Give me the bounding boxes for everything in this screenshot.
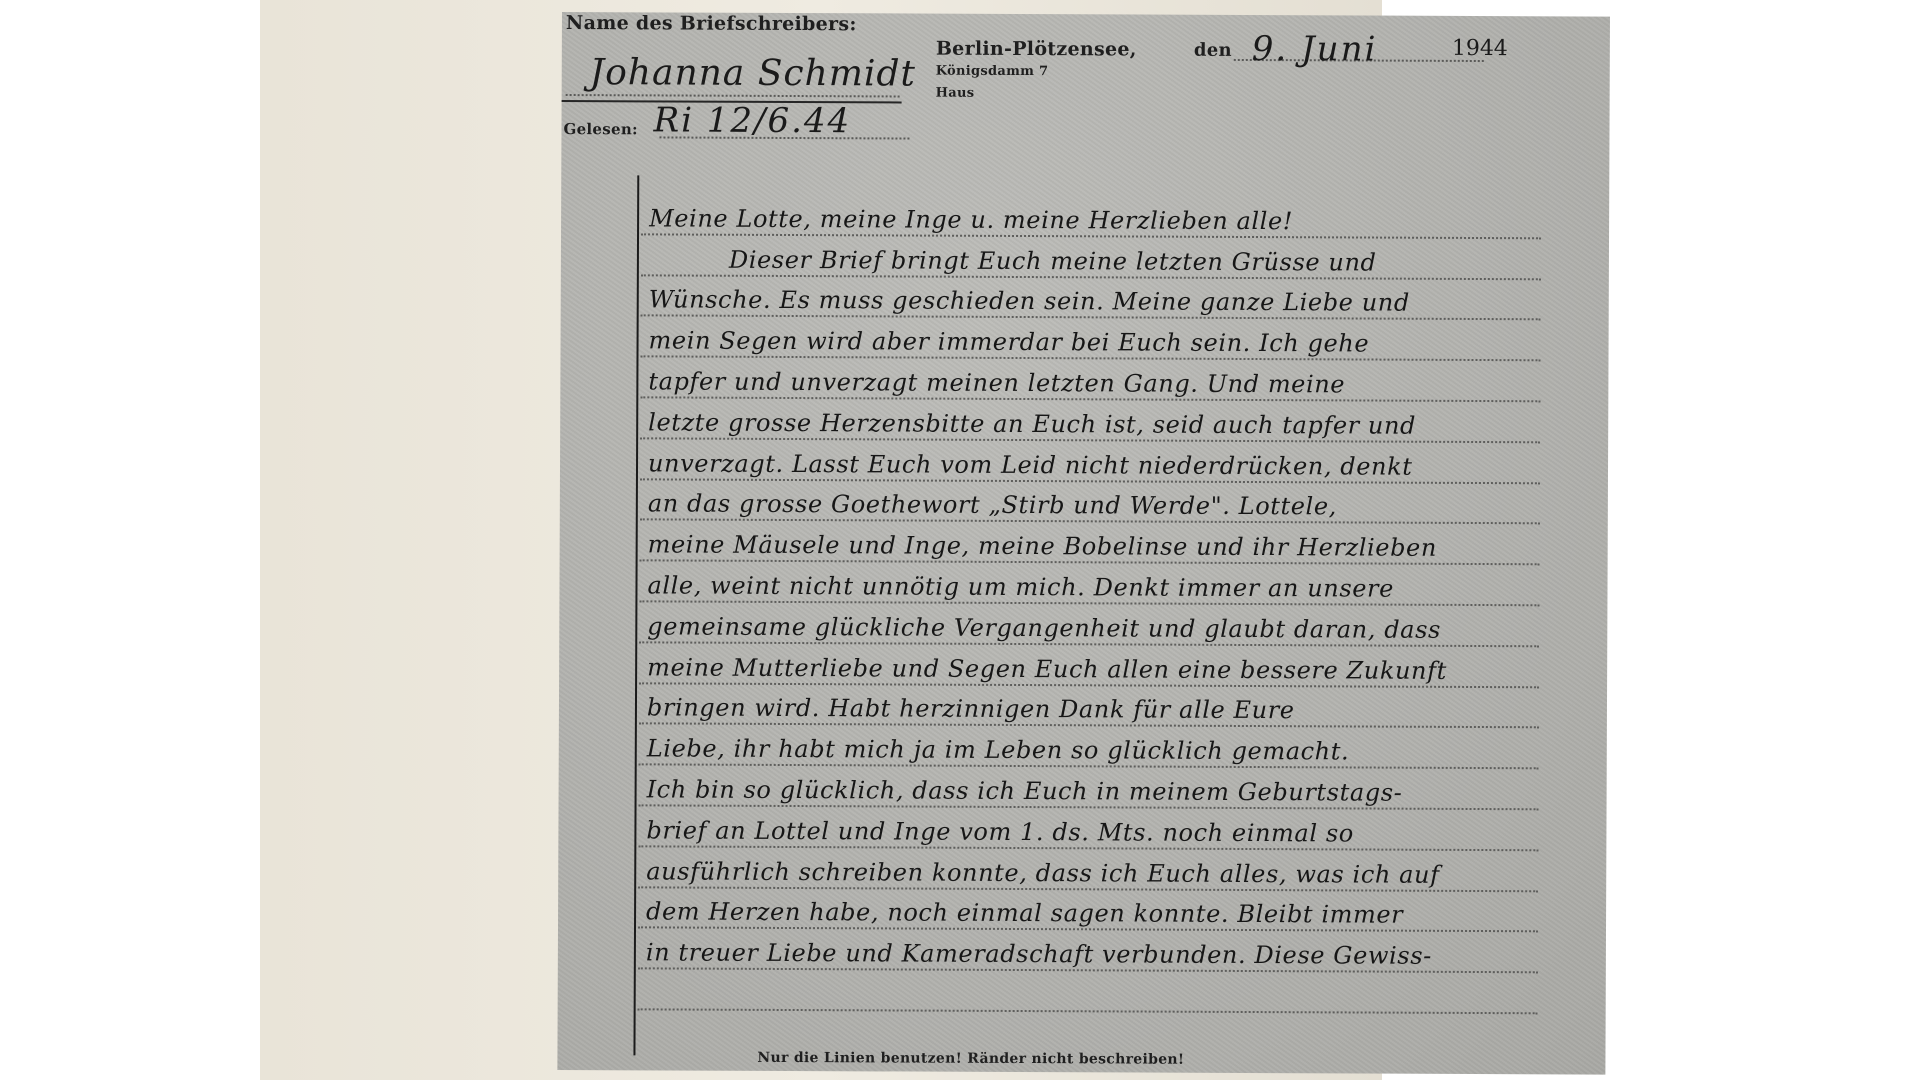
- read-by-label: Gelesen:: [563, 120, 638, 138]
- letter-line: Dieser Brief bringt Euch meine letzten G…: [641, 235, 1541, 280]
- house-label: Haus: [936, 86, 975, 101]
- place-label: Berlin-Plötzensee,: [936, 38, 1137, 61]
- letter-line-text: Wünsche. Es muss geschieden sein. Meine …: [649, 286, 1410, 317]
- letter-line-text: letzte grosse Herzensbitte an Euch ist, …: [648, 408, 1416, 439]
- letter-line-text: Ich bin so glücklich, dass ich Euch in m…: [647, 775, 1403, 806]
- letter-line: dem Herzen habe, noch einmal sagen konnt…: [638, 888, 1538, 933]
- letter-line-text: ausführlich schreiben konnte, dass ich E…: [646, 857, 1440, 888]
- letter-line-text: meine Mutterliebe und Segen Euch allen e…: [647, 653, 1447, 684]
- censor-read-mark: Ri 12/6.44: [653, 100, 851, 141]
- letter-line: unverzagt. Lasst Euch vom Leid nicht nie…: [640, 439, 1540, 484]
- address-label: Königsdamm 7: [936, 64, 1049, 79]
- letter-line: mein Segen wird aber immerdar bei Euch s…: [640, 317, 1540, 362]
- letter-line: Ich bin so glücklich, dass ich Euch in m…: [639, 765, 1539, 810]
- letter-line: meine Mäusele und Inge, meine Bobelinse …: [640, 521, 1540, 566]
- book-page-photo: Name des Briefschreibers: Johanna Schmid…: [260, 0, 1382, 1080]
- letter-writer-name: Johanna Schmidt: [590, 52, 916, 94]
- letter-line: in treuer Liebe und Kameradschaft verbun…: [638, 929, 1538, 974]
- prison-letter-form: Name des Briefschreibers: Johanna Schmid…: [557, 12, 1610, 1075]
- letter-line-text: alle, weint nicht unnötig um mich. Denkt…: [647, 571, 1394, 602]
- letter-line-text: bringen wird. Habt herzinnigen Dank für …: [647, 694, 1295, 725]
- letter-line-text: tapfer und unverzagt meinen letzten Gang…: [648, 367, 1345, 398]
- letter-body: Meine Lotte, meine Inge u. meine Herzlie…: [638, 194, 1542, 1014]
- letter-date: 9. Juni: [1252, 29, 1378, 70]
- letter-line-text: Liebe, ihr habt mich ja im Leben so glüc…: [647, 735, 1350, 766]
- name-dotted-rule: [566, 94, 900, 97]
- letter-line-text: brief an Lottel und Inge vom 1. ds. Mts.…: [646, 816, 1354, 847]
- letter-line: Meine Lotte, meine Inge u. meine Herzlie…: [641, 194, 1541, 239]
- letter-line-text: gemeinsame glückliche Vergangenheit und …: [647, 612, 1441, 643]
- letter-line: ausführlich schreiben konnte, dass ich E…: [638, 847, 1538, 892]
- letter-line: an das grosse Goethewort „Stirb und Werd…: [640, 480, 1540, 525]
- letter-line: alle, weint nicht unnötig um mich. Denkt…: [639, 562, 1539, 607]
- letter-line: meine Mutterliebe und Segen Euch allen e…: [639, 643, 1539, 688]
- letter-line-text: in treuer Liebe und Kameradschaft verbun…: [646, 939, 1432, 970]
- letter-line-text: mein Segen wird aber immerdar bei Euch s…: [649, 327, 1370, 358]
- letter-line-text: unverzagt. Lasst Euch vom Leid nicht nie…: [648, 449, 1413, 480]
- letter-line: brief an Lottel und Inge vom 1. ds. Mts.…: [638, 806, 1538, 851]
- letter-line-text: Meine Lotte, meine Inge u. meine Herzlie…: [649, 204, 1293, 235]
- date-prefix-label: den: [1194, 40, 1232, 61]
- letter-line: gemeinsame glückliche Vergangenheit und …: [639, 602, 1539, 647]
- letter-line-text: dem Herzen habe, noch einmal sagen konnt…: [646, 898, 1403, 929]
- letter-year: 1944: [1452, 36, 1508, 61]
- letter-writer-name-label: Name des Briefschreibers:: [566, 12, 857, 35]
- letter-line: [638, 969, 1538, 1014]
- letter-line: bringen wird. Habt herzinnigen Dank für …: [639, 684, 1539, 729]
- letter-line: letzte grosse Herzensbitte an Euch ist, …: [640, 398, 1540, 443]
- letter-line-text: an das grosse Goethewort „Stirb und Werd…: [648, 490, 1337, 521]
- letter-line-text: meine Mäusele und Inge, meine Bobelinse …: [648, 531, 1437, 562]
- letter-line: Liebe, ihr habt mich ja im Leben so glüc…: [639, 725, 1539, 770]
- letter-line: tapfer und unverzagt meinen letzten Gang…: [640, 358, 1540, 403]
- form-instructions-footer: Nur die Linien benutzen! Ränder nicht be…: [757, 1050, 1184, 1068]
- letter-line-text: Dieser Brief bringt Euch meine letzten G…: [729, 245, 1377, 276]
- letter-line: Wünsche. Es muss geschieden sein. Meine …: [641, 276, 1541, 321]
